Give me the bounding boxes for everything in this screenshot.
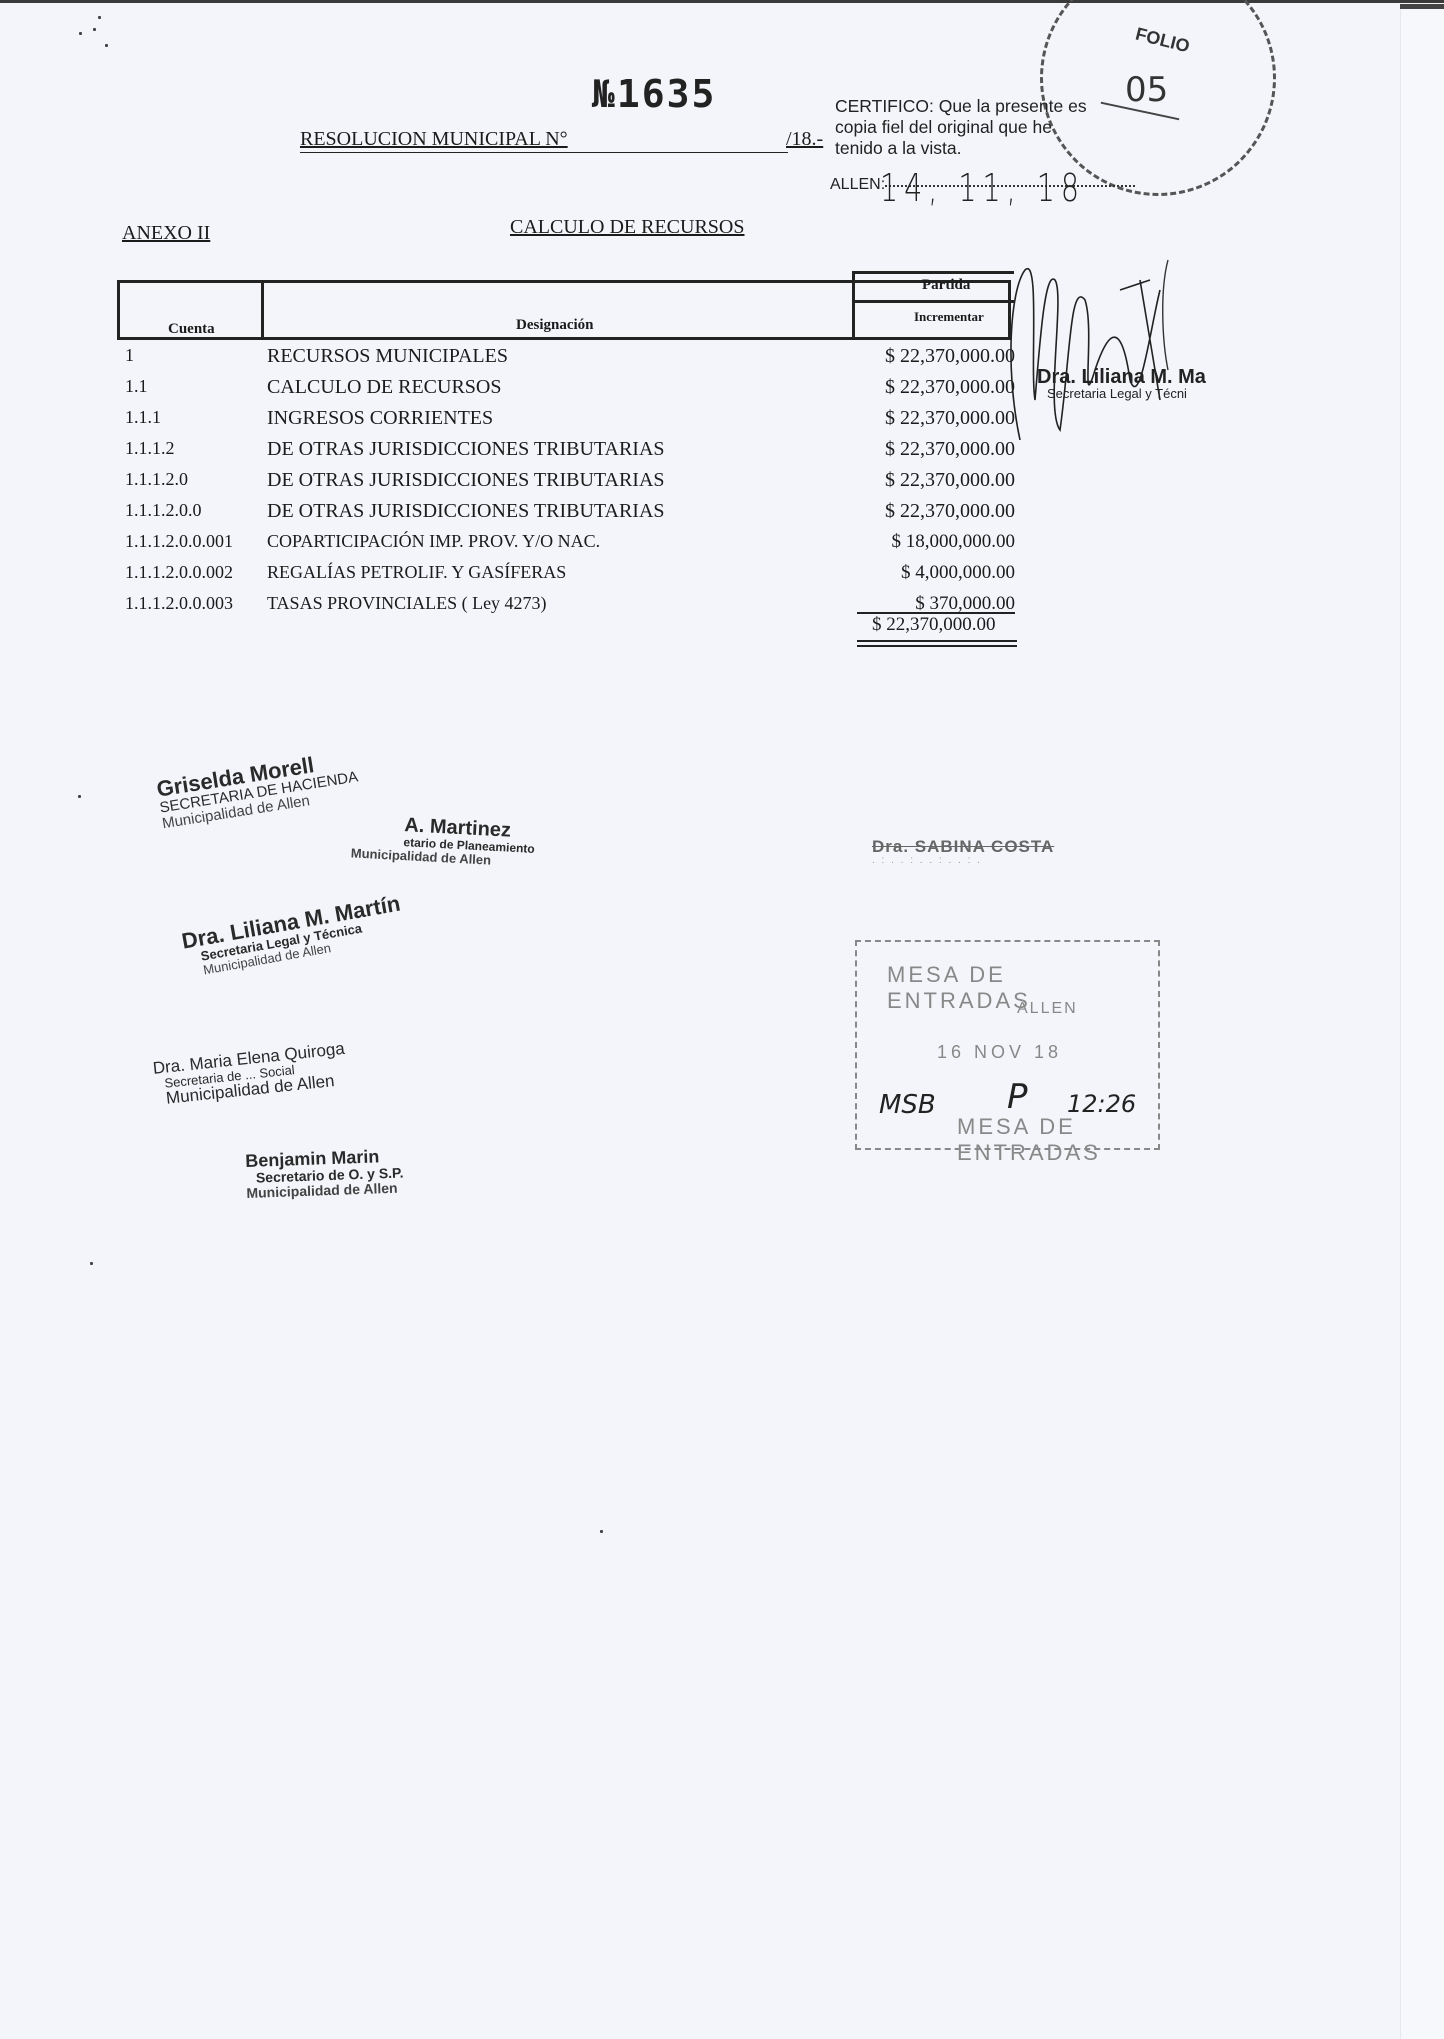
signature-stamp-martinez: A. Martinez etario de Planeamiento Munic… — [343, 812, 537, 869]
designacion-cell: RECURSOS MUNICIPALES — [267, 345, 508, 368]
designacion-cell: COPARTICIPACIÓN IMP. PROV. Y/O NAC. — [267, 531, 600, 552]
cuenta-cell: 1.1.1.2.0.0 — [125, 500, 202, 521]
resolution-suffix: /18.- — [786, 128, 823, 151]
reception-initials: MSB — [879, 1090, 936, 1120]
importe-cell: $ 22,370,000.00 — [885, 376, 1015, 399]
importe-cell: $ 22,370,000.00 — [885, 500, 1015, 523]
cuenta-cell: 1.1 — [125, 376, 148, 397]
cuenta-cell: 1.1.1.2 — [125, 438, 175, 459]
importe-cell: $ 22,370,000.00 — [885, 438, 1015, 461]
reception-stamp-line2: ALLEN — [1017, 1000, 1078, 1018]
stamp-faded-line: . : . . : . . : . . : . — [872, 856, 1054, 867]
folio-number: 05 — [1125, 70, 1168, 110]
resolution-title-text: RESOLUCION MUNICIPAL N° — [300, 128, 568, 150]
importe-cell: $ 18,000,000.00 — [892, 531, 1016, 553]
cuenta-cell: 1.1.1.2.0.0.001 — [125, 531, 233, 552]
importe-cell: $ 22,370,000.00 — [885, 469, 1015, 492]
header-partida: Partida — [922, 277, 970, 294]
header-designacion: Designación — [516, 317, 594, 334]
annex-label: ANEXO II — [122, 222, 210, 245]
side-signature-stamp: Dra. Liliana M. Ma Secretaria Legal y Té… — [1037, 366, 1206, 401]
designacion-cell: REGALÍAS PETROLIF. Y GASÍFERAS — [267, 562, 566, 583]
table-row: 1 RECURSOS MUNICIPALES $ 22,370,000.00 — [125, 345, 1015, 376]
table-row: 1.1.1.2 DE OTRAS JURISDICCIONES TRIBUTAR… — [125, 438, 1015, 469]
cuenta-cell: 1 — [125, 345, 134, 366]
place-label: ALLEN: — [830, 176, 885, 193]
header-incrementar: Incrementar — [914, 309, 984, 325]
table-row: 1.1.1.2.0 DE OTRAS JURISDICCIONES TRIBUT… — [125, 469, 1015, 500]
signature-stamp-quiroga: Dra. Maria Elena Quiroga Secretaria de .… — [152, 1040, 349, 1109]
table-header: Cuenta Designación Partida Incrementar — [117, 280, 1011, 340]
importe-cell: $ 4,000,000.00 — [901, 562, 1015, 584]
importe-cell: $ 22,370,000.00 — [885, 407, 1015, 430]
table-row: 1.1.1.2.0.0.002 REGALÍAS PETROLIF. Y GAS… — [125, 562, 1015, 593]
table-row: 1.1.1 INGRESOS CORRIENTES $ 22,370,000.0… — [125, 407, 1015, 438]
table-row: 1.1 CALCULO DE RECURSOS $ 22,370,000.00 — [125, 376, 1015, 407]
handwritten-signature — [1000, 250, 1170, 450]
designacion-cell: DE OTRAS JURISDICCIONES TRIBUTARIAS — [267, 438, 665, 461]
signature-stamp-morell: Griselda Morell SECRETARIA DE HACIENDA M… — [155, 747, 362, 832]
signature-stamp-marin: Benjamin Marin Secretario de O. y S.P. M… — [245, 1146, 404, 1200]
cuenta-cell: 1.1.1.2.0.0.002 — [125, 562, 233, 583]
signature-stamp-costa: Dra. SABINA COSTA . : . . : . . : . . : … — [872, 838, 1054, 866]
designacion-cell: DE OTRAS JURISDICCIONES TRIBUTARIAS — [267, 469, 665, 492]
scan-edge-right-top — [1400, 4, 1444, 9]
certification-date-handwritten: 14, 11, 18 — [880, 166, 1085, 210]
certification-text: CERTIFICO: Que la presente es copia fiel… — [835, 96, 1095, 159]
cuenta-cell: 1.1.1.2.0 — [125, 469, 188, 490]
total-double-rule-2 — [857, 645, 1017, 647]
designacion-cell: TASAS PROVINCIALES ( Ley 4273) — [267, 593, 547, 614]
reception-mark: P — [1007, 1077, 1028, 1117]
designacion-cell: CALCULO DE RECURSOS — [267, 376, 501, 399]
reception-stamp: MESA DE ENTRADAS ALLEN 16 NOV 18 MSB P 1… — [855, 940, 1160, 1150]
header-cuenta: Cuenta — [168, 321, 215, 338]
reception-stamp-date: 16 NOV 18 — [937, 1042, 1062, 1063]
total-double-rule — [857, 640, 1017, 642]
designacion-cell: INGRESOS CORRIENTES — [267, 407, 493, 430]
scan-edge-right — [1400, 4, 1444, 2039]
resolution-number-stamp: №1635 — [592, 72, 716, 116]
stamp-name: Dra. SABINA COSTA — [872, 838, 1054, 856]
cuenta-cell: 1.1.1.2.0.0.003 — [125, 593, 233, 614]
resolution-title: RESOLUCION MUNICIPAL N° — [300, 128, 788, 153]
reception-stamp-line3: MESA DE ENTRADAS — [957, 1114, 1158, 1166]
section-title: CALCULO DE RECURSOS — [510, 216, 744, 239]
side-stamp-role: Secretaria Legal y Técni — [1037, 386, 1206, 401]
table-row: 1.1.1.2.0.0.001 COPARTICIPACIÓN IMP. PRO… — [125, 531, 1015, 562]
table-total: $ 22,370,000.00 — [872, 614, 996, 636]
importe-cell: $ 22,370,000.00 — [885, 345, 1015, 368]
signature-stamp-martin: Dra. Liliana M. Martín Secretaria Legal … — [180, 892, 407, 980]
table-row: 1.1.1.2.0.0 DE OTRAS JURISDICCIONES TRIB… — [125, 500, 1015, 531]
designacion-cell: DE OTRAS JURISDICCIONES TRIBUTARIAS — [267, 500, 665, 523]
cuenta-cell: 1.1.1 — [125, 407, 161, 428]
table-body: 1 RECURSOS MUNICIPALES $ 22,370,000.00 1… — [125, 345, 1015, 624]
